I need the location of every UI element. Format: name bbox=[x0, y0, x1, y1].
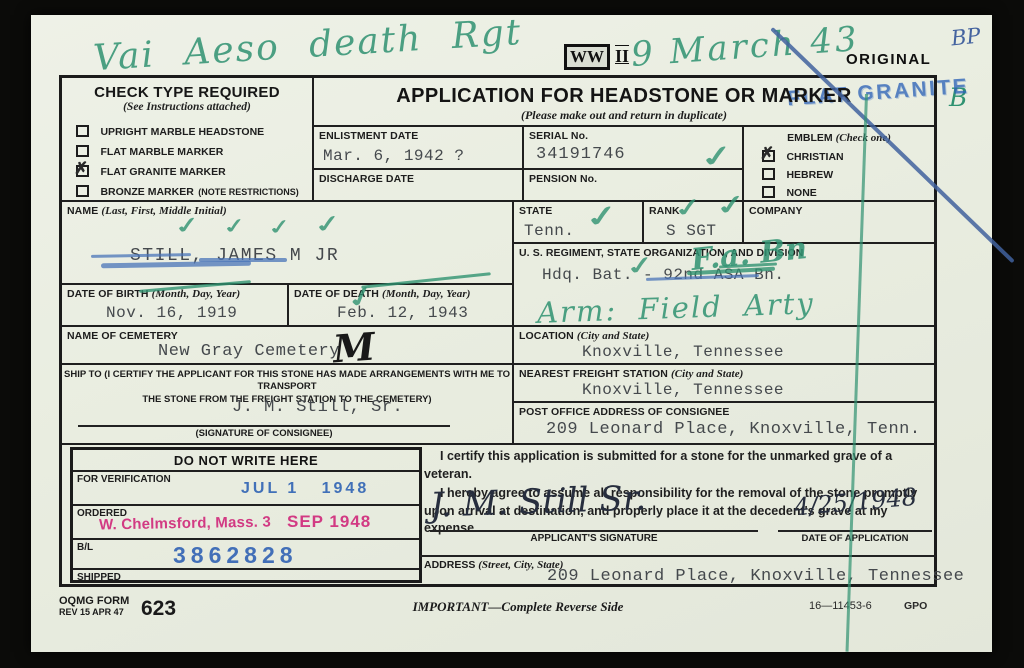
checkbox-icon: ✗ bbox=[76, 165, 89, 177]
gpo-label: GPO bbox=[904, 600, 927, 612]
post-office-field: POST OFFICE ADDRESS OF CONSIGNEE 209 Leo… bbox=[514, 403, 934, 445]
checkbox-icon bbox=[76, 185, 89, 197]
row-label: FOR VERIFICATION bbox=[77, 474, 171, 485]
do-not-write-here-box: DO NOT WRITE HERE FOR VERIFICATION JUL 1… bbox=[70, 447, 422, 583]
form-number: 623 bbox=[141, 597, 176, 621]
form-header: APPLICATION FOR HEADSTONE OR MARKER (Ple… bbox=[314, 78, 934, 127]
signature-line bbox=[430, 530, 758, 532]
checkmark-icon: ✗ bbox=[74, 159, 88, 179]
field-value: 209 Leonard Place, Knoxville, Tenn. bbox=[546, 420, 921, 439]
signature-label: APPLICANT'S SIGNATURE bbox=[430, 533, 758, 544]
date-label: DATE OF APPLICATION bbox=[778, 533, 932, 544]
state-field: STATE Tenn. bbox=[514, 202, 644, 244]
form-number-block: OQMG FORM REV 15 APR 47 623 bbox=[59, 595, 129, 617]
checkmark-icon: ✗ bbox=[760, 144, 774, 164]
certification-line1: I certify this application is submitted … bbox=[424, 448, 932, 483]
date-of-birth-field: DATE OF BIRTH (Month, Day, Year) Nov. 16… bbox=[62, 285, 289, 327]
label-text: ADDRESS bbox=[424, 559, 475, 571]
checkbox-icon: ✗ bbox=[762, 150, 775, 162]
green-checkmark-state: ✓ bbox=[583, 198, 621, 235]
consignee-signature-line bbox=[78, 425, 450, 427]
field-label: NEAREST FREIGHT STATION (City and State) bbox=[514, 365, 934, 380]
print-code: 16—11453-6 bbox=[809, 600, 872, 612]
field-value: Knoxville, Tennessee bbox=[582, 343, 784, 361]
green-checkmark-rank-2: ✓ bbox=[713, 188, 749, 223]
checkbox-icon bbox=[762, 168, 775, 180]
consignee-value: J. M. Still, Sr. bbox=[232, 398, 403, 417]
ship-to-field: SHIP TO (I CERTIFY THE APPLICANT FOR THI… bbox=[62, 365, 514, 445]
field-value: S SGT bbox=[666, 222, 717, 240]
checkbox-label: UPRIGHT MARBLE HEADSTONE bbox=[100, 126, 264, 138]
checkbox-label-suffix: (NOTE RESTRICTIONS) bbox=[198, 187, 299, 197]
form-subtitle: (Please make out and return in duplicate… bbox=[314, 108, 934, 123]
handwritten-bp: BP bbox=[950, 24, 982, 51]
jul-1948-stamp: JUL 1 1948 bbox=[241, 480, 369, 498]
field-value: Knoxville, Tennessee bbox=[582, 381, 784, 399]
ww-boxed-text: WW bbox=[564, 44, 610, 70]
label-text: LOCATION bbox=[519, 330, 574, 342]
field-label: COMPANY bbox=[744, 202, 934, 217]
checkbox-label: BRONZE MARKER bbox=[100, 186, 193, 198]
handwritten-top-date: 9 March 43 bbox=[630, 19, 861, 75]
pension-no-field: PENSION No. bbox=[524, 170, 744, 202]
address-divider bbox=[420, 555, 936, 557]
chelmsford-stamp: W. Chelmsford, Mass. 3 bbox=[99, 514, 271, 534]
emblem-title: EMBLEM (Check one) bbox=[744, 127, 934, 144]
checkbox-icon bbox=[76, 145, 89, 157]
scan-background: Vai Aeso death Rgt WWII 9 March 43 ORIGI… bbox=[0, 0, 1024, 668]
checkbox-hebrew: HEBREW bbox=[762, 165, 833, 183]
field-label: ENLISTMENT DATE bbox=[314, 127, 522, 142]
enlistment-date-field: ENLISTMENT DATE Mar. 6, 1942 ? bbox=[314, 127, 524, 170]
do-not-write-title: DO NOT WRITE HERE bbox=[73, 450, 419, 472]
label-text: DATE OF BIRTH bbox=[67, 288, 149, 300]
checkbox-flat-granite-marker: ✗ FLAT GRANITE MARKER bbox=[76, 162, 226, 180]
checkbox-label: FLAT GRANITE MARKER bbox=[100, 166, 225, 178]
field-value: Mar. 6, 1942 ? bbox=[323, 147, 464, 165]
field-label: DISCHARGE DATE bbox=[314, 170, 522, 185]
checkbox-flat-marble-marker: FLAT MARBLE MARKER bbox=[76, 142, 223, 160]
address-value: 209 Leonard Place, Knoxville, Tennessee bbox=[547, 567, 964, 586]
checkbox-label: HEBREW bbox=[786, 169, 833, 181]
field-label: NAME OF CEMETERY bbox=[62, 327, 512, 342]
emblem-label: EMBLEM bbox=[787, 132, 833, 144]
row-label: B/L bbox=[77, 542, 93, 553]
label-paren: (Month, Day, Year) bbox=[382, 288, 471, 300]
field-value: Tenn. bbox=[524, 222, 575, 240]
field-value: 34191746 bbox=[536, 145, 626, 164]
bl-number-stamp: 3862828 bbox=[173, 542, 298, 569]
green-checkmark-name-4: ✓ bbox=[312, 210, 343, 240]
green-checkmark-name-1: ✓ bbox=[172, 211, 202, 241]
field-label: DATE OF DEATH (Month, Day, Year) bbox=[289, 285, 512, 300]
checkbox-icon bbox=[76, 125, 89, 137]
cemetery-field: NAME OF CEMETERY New Gray Cemetery bbox=[62, 327, 514, 365]
form-revision: REV 15 APR 47 bbox=[59, 607, 129, 617]
scanned-form-paper: Vai Aeso death Rgt WWII 9 March 43 ORIGI… bbox=[31, 15, 992, 652]
label-paren: (Last, First, Middle Initial) bbox=[101, 205, 226, 217]
date-line bbox=[778, 530, 932, 532]
form-id: OQMG FORM bbox=[59, 595, 129, 607]
emblem-section: EMBLEM (Check one) ✗ CHRISTIAN HEBREW NO… bbox=[744, 127, 934, 202]
label-paren: (City and State) bbox=[577, 330, 650, 342]
checkbox-none: NONE bbox=[762, 183, 817, 201]
green-checkmark-serial: ✓ bbox=[698, 138, 736, 175]
footer-important-note: IMPORTANT—Complete Reverse Side bbox=[358, 599, 678, 615]
checkbox-christian: ✗ CHRISTIAN bbox=[762, 147, 844, 165]
checkbox-label: FLAT MARBLE MARKER bbox=[100, 146, 223, 158]
bl-row: B/L 3862828 bbox=[73, 540, 419, 570]
checkbox-label: CHRISTIAN bbox=[786, 151, 843, 163]
handwritten-m-mark: M bbox=[331, 324, 376, 372]
field-label: POST OFFICE ADDRESS OF CONSIGNEE bbox=[514, 403, 934, 418]
location-field: LOCATION (City and State) Knoxville, Ten… bbox=[514, 327, 934, 365]
verification-row: FOR VERIFICATION JUL 1 1948 bbox=[73, 472, 419, 506]
checkbox-upright-marble-headstone: UPRIGHT MARBLE HEADSTONE bbox=[76, 122, 264, 140]
freight-station-field: NEAREST FREIGHT STATION (City and State)… bbox=[514, 365, 934, 403]
date-of-death-field: DATE OF DEATH (Month, Day, Year) Feb. 12… bbox=[289, 285, 514, 327]
field-label: STATE bbox=[514, 202, 642, 217]
ordered-row: ORDERED W. Chelmsford, Mass. 3 SEP 1948 bbox=[73, 506, 419, 540]
field-value: New Gray Cemetery bbox=[158, 342, 340, 361]
checkbox-label: NONE bbox=[786, 187, 816, 199]
label-text: NAME bbox=[67, 205, 98, 217]
discharge-date-field: DISCHARGE DATE bbox=[314, 170, 524, 202]
label-text: NEAREST FREIGHT STATION bbox=[519, 368, 668, 380]
handwritten-top-note: Vai Aeso death Rgt bbox=[92, 12, 523, 79]
sep-1948-stamp: SEP 1948 bbox=[287, 512, 371, 532]
label-paren: (City and State) bbox=[671, 368, 744, 380]
consignee-signature-label: (SIGNATURE OF CONSIGNEE) bbox=[78, 428, 450, 439]
checkbox-bronze-marker: BRONZE MARKER (NOTE RESTRICTIONS) bbox=[76, 182, 299, 200]
check-type-section: CHECK TYPE REQUIRED (See Instructions at… bbox=[62, 78, 314, 202]
address-label: ADDRESS (Street, City, State) bbox=[424, 559, 563, 571]
field-label: LOCATION (City and State) bbox=[514, 327, 934, 342]
headstone-application-form: CHECK TYPE REQUIRED (See Instructions at… bbox=[59, 75, 937, 587]
ship-to-label-line1: SHIP TO (I CERTIFY THE APPLICANT FOR THI… bbox=[64, 369, 510, 392]
check-type-title: CHECK TYPE REQUIRED bbox=[62, 78, 312, 101]
ww-roman-ii: II bbox=[615, 46, 629, 66]
check-type-subtitle: (See Instructions attached) bbox=[62, 101, 312, 113]
applicant-signature-script: J. M. Still Sr. bbox=[429, 478, 646, 526]
blue-underline-james bbox=[199, 258, 287, 262]
original-label: ORIGINAL bbox=[846, 51, 931, 68]
field-label: SERIAL No. bbox=[524, 127, 742, 142]
checkbox-icon bbox=[762, 186, 775, 198]
field-value: Nov. 16, 1919 bbox=[106, 304, 237, 322]
row-label: SHIPPED bbox=[77, 572, 121, 583]
ww2-stamp: WWII bbox=[564, 44, 629, 70]
